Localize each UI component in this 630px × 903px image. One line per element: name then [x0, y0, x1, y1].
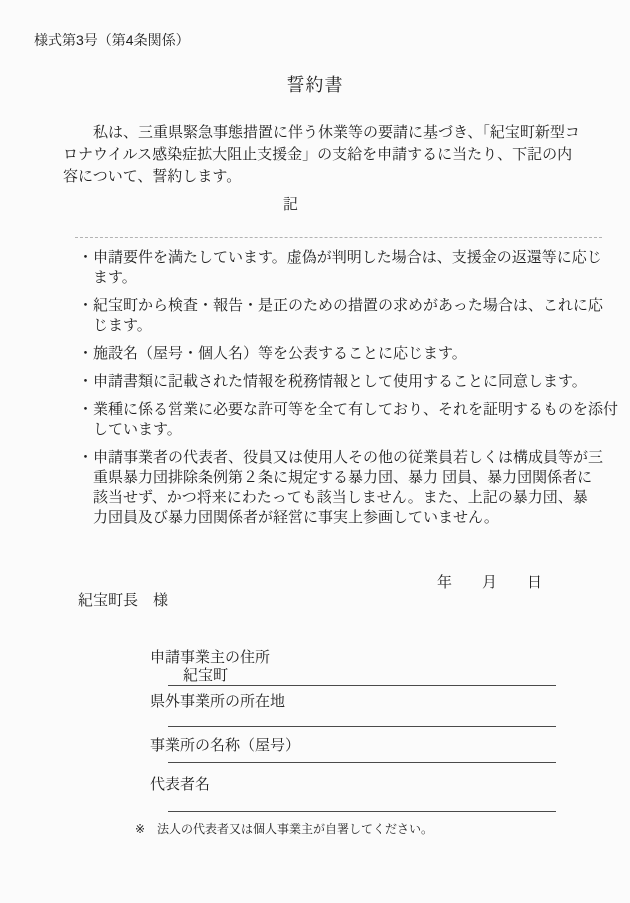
field-label-applicant-address: 申請事業主の住所 — [150, 650, 630, 666]
pledge-item: ・申請要件を満たしています。虚偽が判明した場合は、支援金の返還等に応じ ます。 — [78, 248, 630, 288]
field-underline-representative-name — [168, 793, 556, 812]
addressee: 紀宝町長 様 — [78, 593, 630, 609]
document-title: 誓約書 — [0, 75, 630, 95]
section-marker: 記 — [283, 197, 303, 213]
pledge-item: ・施設名（屋号・個人名）等を公表することに応じます。 — [78, 344, 630, 364]
form-code: 様式第3号（第4条関係） — [34, 32, 630, 48]
pledge-item: ・紀宝町から検査・報告・是正のための措置の求めがあった場合は、これに応 じます。 — [78, 296, 630, 336]
field-label-representative-name: 代表者名 — [150, 777, 630, 793]
pledge-item: ・申請書類に記載された情報を税務情報として使用することに同意します。 — [78, 372, 630, 392]
field-value-applicant-address: 紀宝町 — [168, 666, 556, 685]
self-sign-note: ※ 法人の代表者又は個人事業主が自署してください。 — [135, 822, 630, 836]
field-label-business-name: 事業所の名称（屋号） — [150, 738, 630, 754]
field-underline-outside-office-location — [168, 710, 556, 727]
signature-block: 申請事業主の住所 紀宝町 県外事業所の所在地 事業所の名称（屋号） 代表者名 ※… — [0, 650, 630, 836]
dashed-divider — [75, 237, 602, 238]
intro-paragraph: 私は、三重県緊急事態措置に伴う休業等の要請に基づき、「紀宝町新型コ ロナウイルス… — [63, 122, 630, 188]
field-label-outside-office-location: 県外事業所の所在地 — [150, 694, 630, 710]
date-line: 年 月 日 — [437, 575, 630, 591]
field-underline-applicant-address: 紀宝町 — [168, 666, 556, 686]
pledge-item: ・申請事業者の代表者、役員又は使用人その他の従業員若しくは構成員等が三 重県暴力… — [78, 448, 630, 528]
pledge-item: ・業種に係る営業に必要な許可等を全て有しており、それを証明するものを添付 してい… — [78, 400, 630, 440]
pledge-document-page: 様式第3号（第4条関係） 誓約書 私は、三重県緊急事態措置に伴う休業等の要請に基… — [0, 0, 630, 903]
pledge-list: ・申請要件を満たしています。虚偽が判明した場合は、支援金の返還等に応じ ます。 … — [78, 248, 630, 528]
field-underline-business-name — [168, 754, 556, 763]
